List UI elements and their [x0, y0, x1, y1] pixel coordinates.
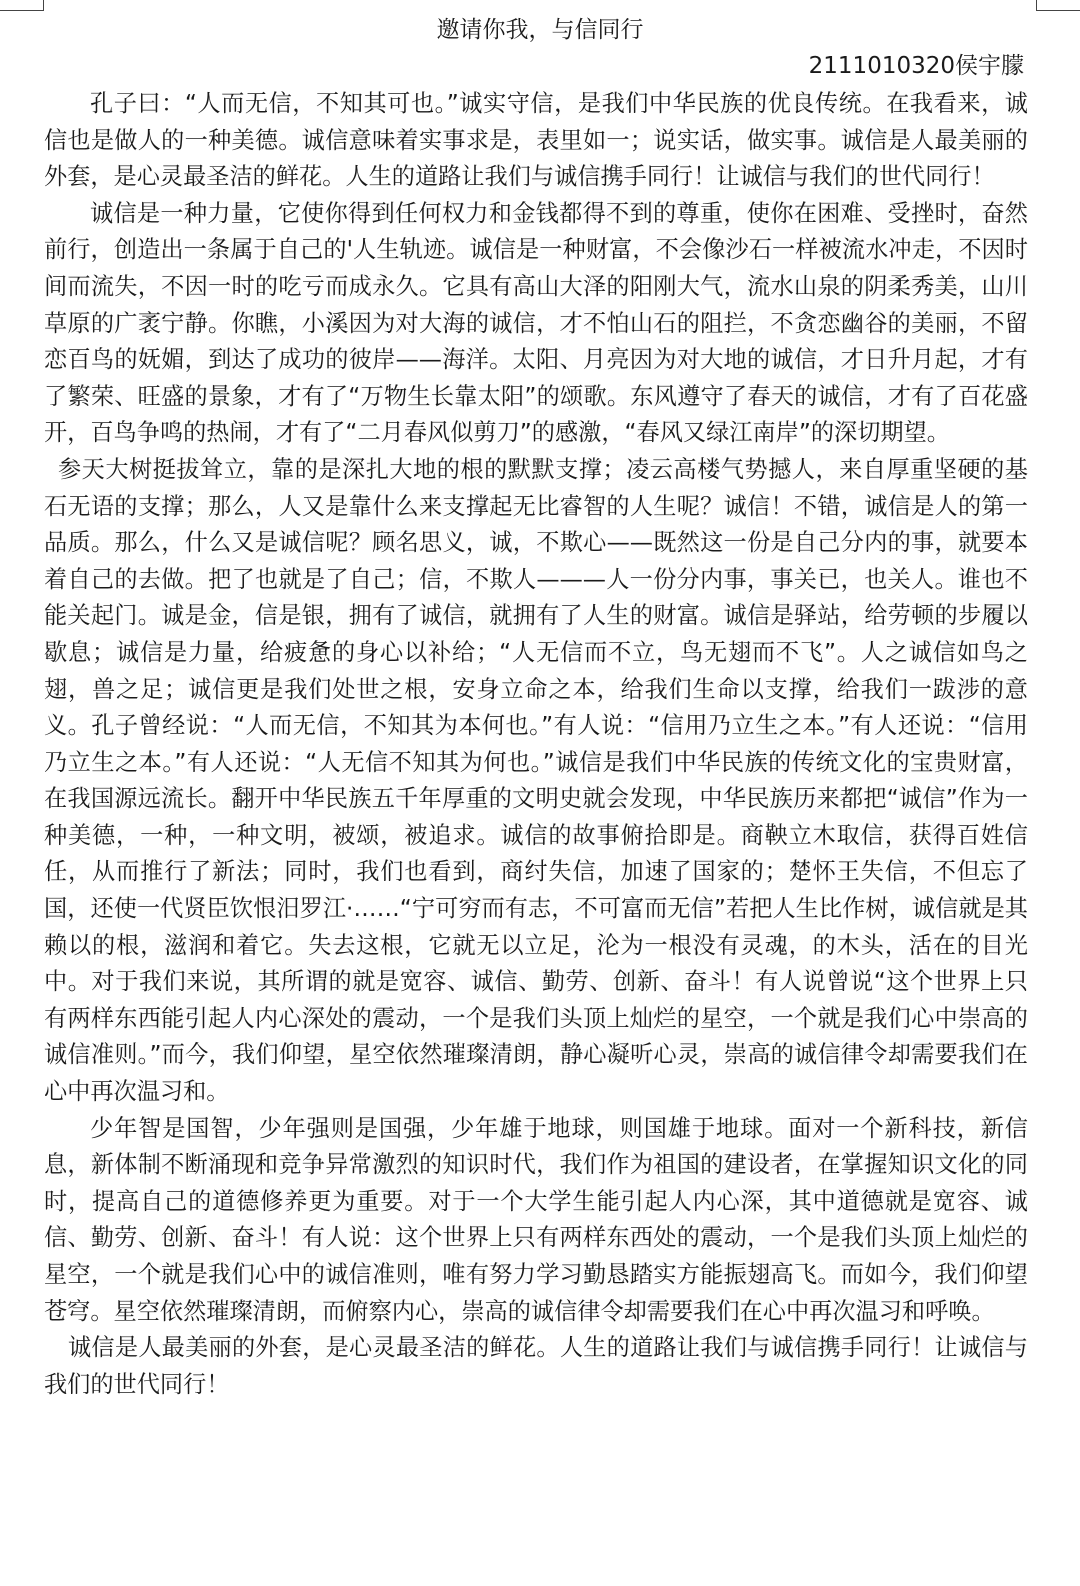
author-line: 2111010320侯宇朦 [809, 50, 1024, 82]
document-title: 邀请你我，与信同行 [0, 14, 1080, 46]
paragraph-3: 参天大树挺拔耸立，靠的是深扎大地的根的默默支撑；凌云高楼气势撼人，来自厚重坚硬的… [44, 452, 1028, 1111]
document-body: 孔子曰：“人而无信，不知其可也。”诚实守信，是我们中华民族的优良传统。在我看来，… [44, 86, 1028, 1403]
paragraph-1: 孔子曰：“人而无信，不知其可也。”诚实守信，是我们中华民族的优良传统。在我看来，… [44, 86, 1028, 196]
paragraph-4: 少年智是国智，少年强则是国强，少年雄于地球，则国雄于地球。面对一个新科技，新信息… [44, 1111, 1028, 1331]
paragraph-5: 诚信是人最美丽的外套，是心灵最圣洁的鲜花。人生的道路让我们与诚信携手同行！让诚信… [44, 1330, 1028, 1403]
crop-mark-top-left [0, 0, 44, 11]
paragraph-2: 诚信是一种力量，它使你得到任何权力和金钱都得不到的尊重，使你在困难、受挫时，奋然… [44, 196, 1028, 452]
crop-mark-top-right [1036, 0, 1080, 11]
